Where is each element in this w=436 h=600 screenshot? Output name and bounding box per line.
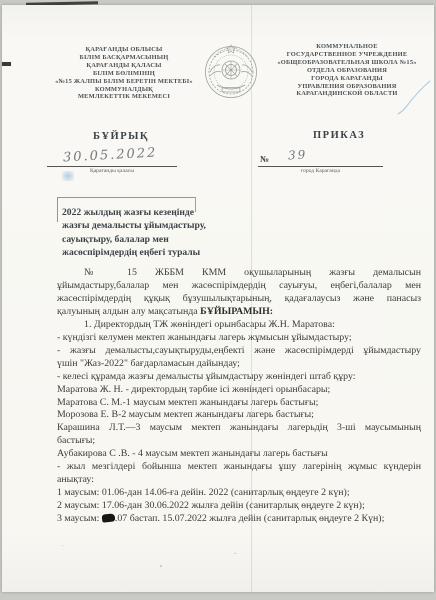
body-line: 1 маусым: 01.06-дан 14.06-ға дейін. 2022… <box>57 487 421 500</box>
org-name-line: ҚАРАҒАНДЫ ҚАЛАСЫ <box>40 62 208 70</box>
body-line: қалуының алдын алу мақсатында БҰЙЫРАМЫН: <box>57 306 421 319</box>
org-name-line: БІЛІМ БӨЛІМІНІҢ <box>40 70 208 78</box>
body-line: Карашина Л.Т.—3 маусым мектеп жанындағы … <box>57 422 421 435</box>
scan-speck <box>62 545 63 546</box>
body-line: анықтау: <box>57 474 421 487</box>
body-line: - келесі құрамда жазғы демалысты ұйымдас… <box>57 371 421 384</box>
title-line: жазғы демалысты ұйымдастыру, <box>62 219 247 232</box>
date-line: 30.05.2022 <box>47 146 177 167</box>
title-outline <box>57 197 195 198</box>
body-line: 1. Директордың ТЖ жөніндегі орынбасары Ж… <box>57 319 421 332</box>
body-line: ұйымдастыру,балалар мен жасөспірімдердің… <box>57 280 421 293</box>
body-line: бастығы; <box>57 435 421 448</box>
org-name-line: КОММУНАЛДЫҚ <box>40 86 208 94</box>
org-name-line: ОТДЕЛА ОБРАЗОВАНИЯ <box>264 67 430 75</box>
org-name-line: БІЛІМ БАСҚАРМАСЫНЫҢ <box>40 54 208 62</box>
scan-speck <box>234 553 236 554</box>
ink-blob-redaction <box>102 513 116 522</box>
body-line: үшін "Жаз-2022" бағдарламасын дайындау; <box>57 358 421 371</box>
handwritten-number: 39 <box>288 148 308 163</box>
body-line: 2 маусым: 17.06-дан 30.06.2022 жылға дей… <box>57 500 421 513</box>
number-sign: № <box>260 154 269 164</box>
org-name-line: «№15 ЖАЛПЫ БІЛІМ БЕРЕТІН МЕКТЕБІ» <box>40 78 208 86</box>
scan-artifact-blue-smudge <box>62 171 74 181</box>
order-title: 2022 жылдың жазғы кезеңіндежазғы демалыс… <box>62 206 247 260</box>
body-line: Маратова Ж. Н. - директордың тәрбие ісі … <box>57 384 421 397</box>
title-outline <box>57 197 58 222</box>
order-number-block: № 39 город Караганда <box>258 146 383 174</box>
scan-artifact-mark <box>2 62 11 66</box>
title-line: сауықтыру, балалар мен <box>62 233 247 246</box>
place-caption-russian: город Караганда <box>258 168 383 174</box>
org-name-line: МЕМЛЕКЕТТІК МЕКЕМЕСІ <box>40 93 208 101</box>
org-name-line: КОММУНАЛЬНОЕ <box>264 43 430 51</box>
number-line: № 39 <box>258 146 383 167</box>
title-line: жасөспірімдердің еңбегі туралы <box>62 246 247 259</box>
order-date-block: 30.05.2022 Қарағанды қаласы <box>47 146 177 174</box>
handwritten-date: 30.05.2022 <box>63 146 158 166</box>
body-line: Маратова С. М.-1 маусым мектеп жанындағы… <box>57 397 421 410</box>
title-line: 2022 жылдың жазғы кезеңінде <box>62 206 247 219</box>
body-line: Аубакирова С .В. - 4 маусым мектеп жанын… <box>57 448 421 461</box>
body-line: Морозова Е. В-2 маусым мектеп жанындағы … <box>57 409 421 422</box>
kazakhstan-coat-of-arms-icon <box>202 41 260 101</box>
org-name-line: ҚАРАҒАНДЫ ОБЛЫСЫ <box>40 46 208 54</box>
body-line: - жазғы демалысты,сауықтыруды,еңбекті жә… <box>57 345 421 358</box>
scan-speck <box>160 565 162 567</box>
body-line: - күндізгі келумен мектеп жанындағы лаге… <box>57 332 421 345</box>
body-line: 3 маусым: .07 бастап. 15.07.2022 жылға д… <box>57 513 421 526</box>
order-body-text: № 15 ЖББМ КММ оқушыларының жазғы демалыс… <box>57 267 421 526</box>
order-label-russian: ПРИКАЗ <box>313 130 365 141</box>
org-name-line: «ОБЩЕОБРАЗОВАТЕЛЬНАЯ ШКОЛА №15» <box>264 59 430 67</box>
scanned-order-document: { "document": { "kind_note": "scanned of… <box>0 0 436 600</box>
body-line: № 15 ЖББМ КММ оқушыларының жазғы демалыс… <box>57 267 421 280</box>
scan-artifact-pen-streak <box>390 77 432 119</box>
order-label-kazakh: БҰЙРЫҚ <box>93 131 149 142</box>
org-name-line: ГОСУДАРСТВЕННОЕ УЧРЕЖДЕНИЕ <box>264 51 430 59</box>
body-line: - жыл мезгілдері бойынша мектеп жанындағ… <box>57 461 421 474</box>
document-page: ҚАРАҒАНДЫ ОБЛЫСЫБІЛІМ БАСҚАРМАСЫНЫҢҚАРАҒ… <box>2 5 434 592</box>
org-name-kazakh: ҚАРАҒАНДЫ ОБЛЫСЫБІЛІМ БАСҚАРМАСЫНЫҢҚАРАҒ… <box>40 46 208 101</box>
body-line: жасөспірімдердің құқық бұзушылықтарының,… <box>57 293 421 306</box>
